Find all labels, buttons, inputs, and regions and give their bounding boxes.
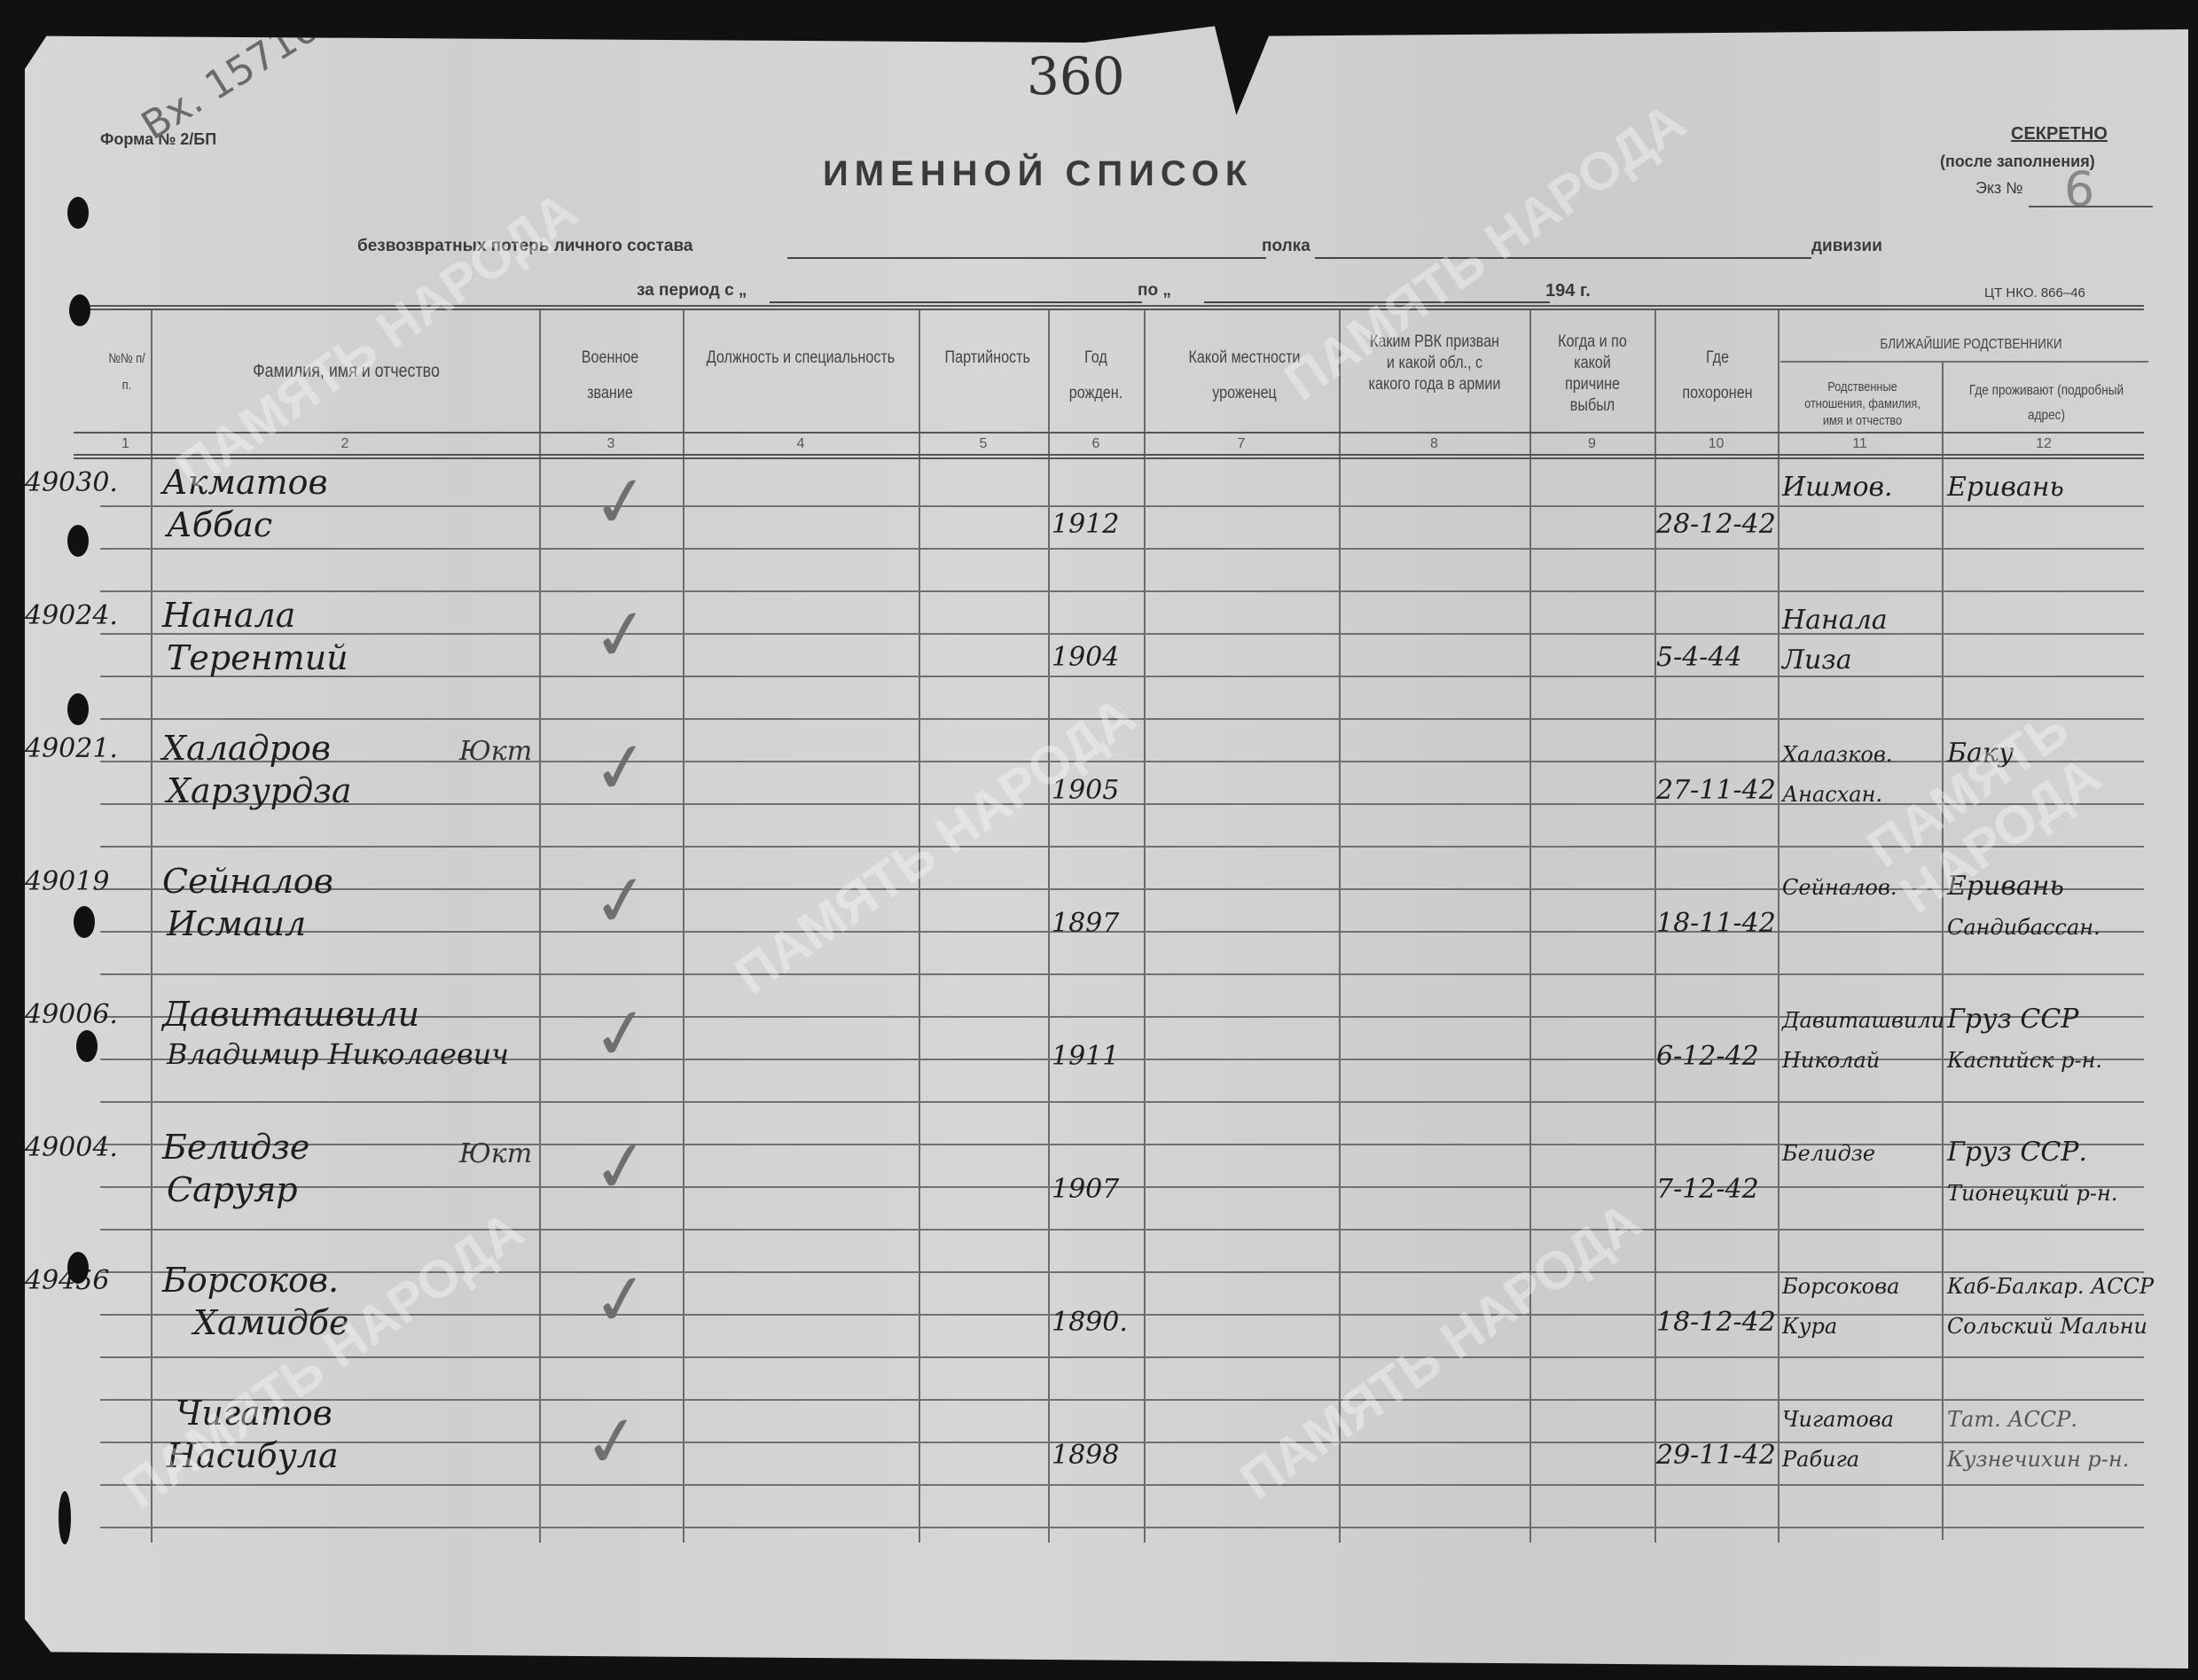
checkmark-icon: ✓ xyxy=(587,858,655,945)
checkmark-icon: ✓ xyxy=(587,1124,655,1211)
burial-date: 28-12-42 xyxy=(1656,509,1776,540)
secrecy-label: СЕКРЕТНО xyxy=(2011,124,2108,145)
period-from: за период с „ xyxy=(637,281,747,301)
division-field-line xyxy=(1315,257,1811,259)
relative-address-line2: Сольский Мальни xyxy=(1947,1314,2147,1339)
punch-hole xyxy=(67,197,89,229)
col-header-5: Партийность xyxy=(945,340,1021,376)
surname: Сейналов xyxy=(162,862,333,901)
row-id: 49004. xyxy=(25,1132,118,1163)
row-rule xyxy=(100,1186,2144,1188)
row-rule xyxy=(100,1399,2144,1401)
surname: Белидзе xyxy=(162,1128,309,1167)
document-sheet: Форма № 2/БП Вх. 157169с 45г 360 ИМЕННОЙ… xyxy=(25,20,2188,1668)
burial-date: 7-12-42 xyxy=(1656,1174,1759,1205)
period-year: 194 г. xyxy=(1545,281,1591,301)
period-to: по „ xyxy=(1138,281,1171,301)
punch-hole xyxy=(59,1491,71,1544)
relative-name: Нанала xyxy=(1782,605,1888,636)
given-name: Владимир Николаевич xyxy=(167,1037,509,1071)
checkmark-icon: ✓ xyxy=(587,459,655,546)
subtitle-regiment: полка xyxy=(1262,237,1310,256)
burial-date: 27-11-42 xyxy=(1656,775,1776,806)
punch-hole xyxy=(67,693,89,725)
punch-hole xyxy=(67,1252,89,1284)
given-name: Терентий xyxy=(167,638,348,677)
relative-name: Ишмов. xyxy=(1782,472,1893,503)
colnum-bottom-rule xyxy=(74,454,2144,459)
punch-hole xyxy=(74,906,95,938)
row-rule xyxy=(100,1356,2144,1358)
birth-year: 1890. xyxy=(1052,1307,1128,1338)
birth-year: 1907 xyxy=(1052,1174,1119,1205)
birth-year: 1912 xyxy=(1052,509,1119,540)
given-name: Исмаил xyxy=(167,904,306,943)
row-rule xyxy=(100,590,2144,592)
col-header-10: Где похоронен xyxy=(1670,340,1766,411)
rank-note: Юкт xyxy=(459,736,532,767)
birth-year: 1897 xyxy=(1052,908,1119,939)
burial-date: 5-4-44 xyxy=(1656,642,1742,673)
col-number-6: 6 xyxy=(1048,436,1144,452)
copy-underline xyxy=(2029,206,2153,207)
col-header-11: Родственные отношения, фамилия, имя и от… xyxy=(1796,379,1928,429)
col-header-9: Когда и по какой причине выбыл xyxy=(1547,332,1638,417)
relative-name: Белидзе xyxy=(1782,1141,1875,1166)
row-rule xyxy=(100,1484,2144,1486)
row-id: 49019 xyxy=(25,866,109,897)
relative-given-name: Анасхан. xyxy=(1782,782,1882,807)
regiment-field-line xyxy=(787,257,1266,259)
group-divider xyxy=(1780,361,2148,363)
relative-given-name: Рабига xyxy=(1782,1447,1859,1472)
surname: Давиташвили xyxy=(162,995,419,1034)
given-name: Аббас xyxy=(167,505,272,544)
col-number-5: 5 xyxy=(919,436,1048,452)
copy-label: Экз № xyxy=(1975,179,2023,198)
relative-name: Давиташвили xyxy=(1782,1008,1944,1033)
birth-year: 1904 xyxy=(1052,642,1119,673)
row-id: 49030. xyxy=(25,467,118,498)
relative-address: Тат. АССР. xyxy=(1947,1407,2077,1432)
row-rule xyxy=(100,1229,2144,1231)
row-rule xyxy=(100,973,2144,975)
relative-address-line2: Каспийск р-н. xyxy=(1947,1048,2102,1073)
col-header-6: Год рожден. xyxy=(1066,340,1126,411)
col-header-4: Должность и специальность xyxy=(707,340,896,376)
watermark: ПАМЯТЬ НАРОДА xyxy=(1231,1192,1651,1511)
colnum-top-rule xyxy=(74,432,2144,434)
row-id: 49021. xyxy=(25,733,118,764)
page-number: 360 xyxy=(1027,46,1125,106)
burial-date: 6-12-42 xyxy=(1656,1041,1759,1072)
relative-address-line2: Сандибассан. xyxy=(1947,915,2100,940)
surname: Борсоков. xyxy=(162,1261,339,1300)
relative-address-line2: Кузнечихин р-н. xyxy=(1947,1447,2129,1472)
burial-date: 18-12-42 xyxy=(1656,1307,1776,1338)
col-header-3: Военное звание xyxy=(565,340,655,411)
row-rule xyxy=(100,676,2144,677)
surname: Халадров xyxy=(162,729,331,768)
group-header-relatives: БЛИЖАЙШИЕ РОДСТВЕННИКИ xyxy=(1813,334,2130,356)
checkmark-icon: ✓ xyxy=(587,1257,655,1344)
row-rule xyxy=(100,505,2144,507)
relative-address: Еривань xyxy=(1947,472,2064,503)
col-header-12: Где проживают (подробный адрес) xyxy=(1964,379,2130,428)
punch-hole xyxy=(76,1030,98,1062)
checkmark-icon: ✓ xyxy=(587,592,655,679)
col-header-1: №№ п/п. xyxy=(105,346,150,399)
row-rule xyxy=(100,548,2144,550)
col-divider xyxy=(1942,361,1944,1540)
row-rule xyxy=(100,1101,2144,1103)
row-rule xyxy=(100,1442,2144,1443)
birth-year: 1898 xyxy=(1052,1440,1119,1471)
burial-date: 29-11-42 xyxy=(1656,1440,1776,1471)
page-title: ИМЕННОЙ СПИСОК xyxy=(823,154,1253,194)
rank-note: Юкт xyxy=(459,1138,532,1169)
relative-name: Чигатова xyxy=(1782,1407,1894,1432)
relative-given-name: Лиза xyxy=(1782,645,1852,676)
punch-hole xyxy=(67,525,89,557)
checkmark-icon: ✓ xyxy=(578,1399,646,1486)
col-number-12: 12 xyxy=(1942,436,2146,452)
surname: Нанала xyxy=(162,596,295,635)
col-number-4: 4 xyxy=(683,436,919,452)
checkmark-icon: ✓ xyxy=(587,991,655,1078)
col-number-1: 1 xyxy=(100,436,151,452)
row-rule xyxy=(100,1527,2144,1528)
period-from-line xyxy=(770,301,1142,303)
burial-date: 18-11-42 xyxy=(1656,908,1776,939)
row-id: 49006. xyxy=(25,999,118,1030)
punch-hole xyxy=(69,294,90,326)
relative-address-line2: Тионецкий р-н. xyxy=(1947,1181,2117,1206)
relative-address: Груз ССР xyxy=(1947,1004,2078,1035)
archive-note: Вх. 157169с 45г xyxy=(134,0,435,149)
col-number-10: 10 xyxy=(1654,436,1778,452)
given-name: Саруяр xyxy=(167,1170,298,1209)
col-number-7: 7 xyxy=(1144,436,1339,452)
subtitle-division: дивизии xyxy=(1811,237,1882,256)
relative-name: Борсокова xyxy=(1782,1274,1899,1299)
copy-value: 6 xyxy=(2064,161,2094,217)
relative-given-name: Кура xyxy=(1782,1314,1837,1339)
row-id: 49024. xyxy=(25,600,118,631)
relative-name: Халазков. xyxy=(1782,742,1892,767)
col-number-11: 11 xyxy=(1778,436,1942,452)
birth-year: 1911 xyxy=(1052,1041,1119,1072)
checkmark-icon: ✓ xyxy=(587,725,655,812)
relative-given-name: Николай xyxy=(1782,1048,1880,1073)
col-number-3: 3 xyxy=(539,436,683,452)
col-number-9: 9 xyxy=(1529,436,1654,452)
print-code: ЦТ НКО. 866–46 xyxy=(1984,285,2085,301)
relative-address: Груз ССР. xyxy=(1947,1137,2087,1168)
given-name: Харзурдза xyxy=(167,771,352,810)
col-number-8: 8 xyxy=(1339,436,1529,452)
relative-address: Каб-Балкар. АССР xyxy=(1947,1274,2154,1299)
